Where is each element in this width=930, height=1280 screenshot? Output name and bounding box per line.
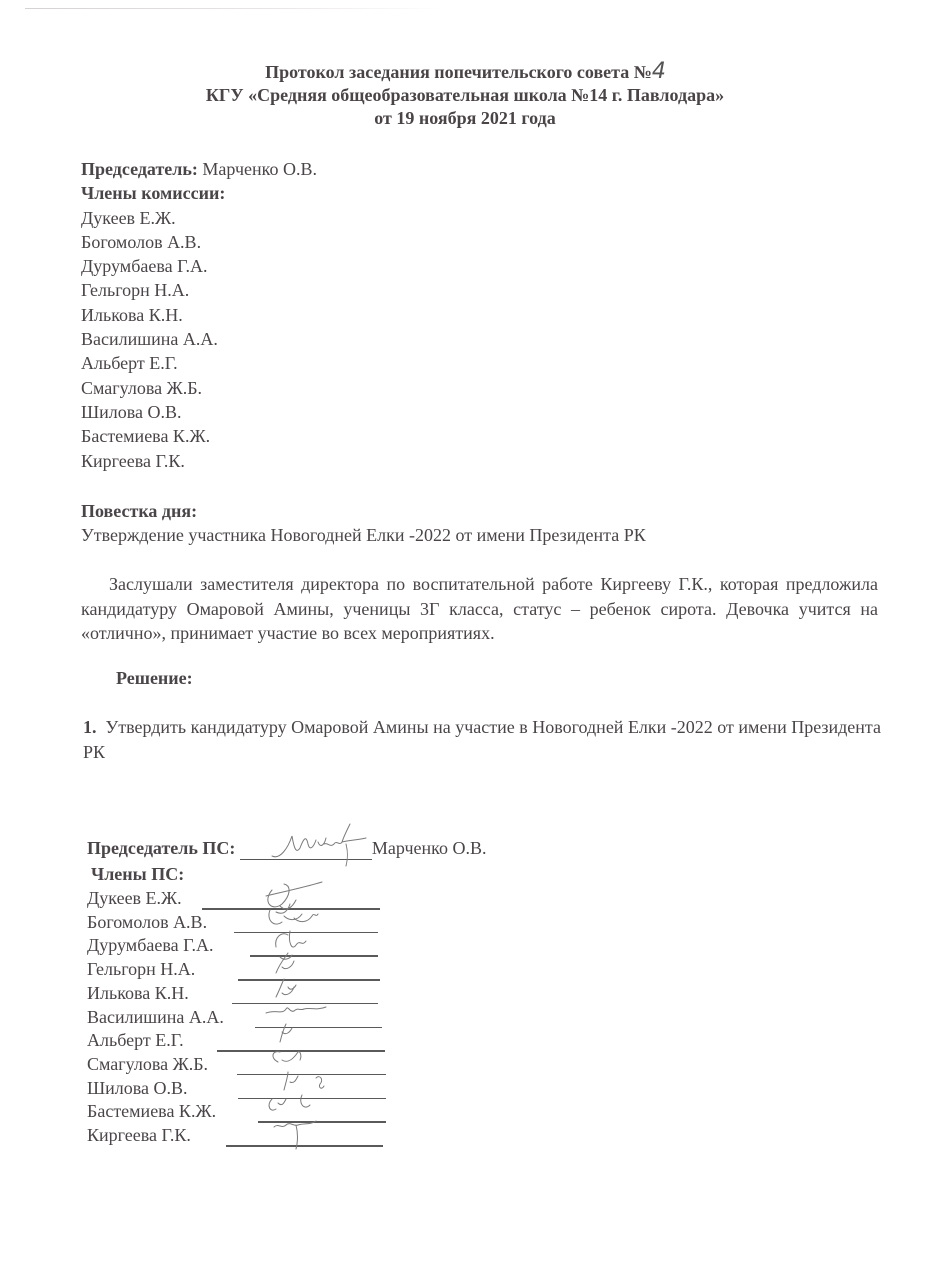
member-name: Киргеева Г.К. — [81, 449, 317, 473]
signature-row: Богомолов А.В. — [87, 912, 207, 936]
signature-blank — [234, 932, 378, 934]
meeting-date: от 19 ноября 2021 года — [0, 107, 930, 130]
signature-row: Альберт Е.Г. — [87, 1030, 184, 1054]
signature-member-name: Дурумбаева Г.А. — [87, 935, 213, 956]
signature-blank — [258, 1121, 386, 1123]
heard-paragraph: Заслушали заместителя директора по воспи… — [81, 572, 878, 646]
signature-member-name: Смагулова Ж.Б. — [87, 1054, 208, 1075]
document-header: Протокол заседания попечительского совет… — [0, 60, 930, 130]
signature-member-name: Шилова О.В. — [87, 1078, 188, 1099]
signature-blank — [226, 1145, 383, 1147]
signature-blank — [238, 979, 380, 981]
chair-label: Председатель: — [81, 159, 198, 179]
signature-row: Смагулова Ж.Б. — [87, 1054, 208, 1078]
signature-blank — [202, 908, 380, 910]
member-name: Богомолов А.В. — [81, 230, 317, 254]
agenda-section: Повестка дня: Утверждение участника Ново… — [81, 499, 646, 548]
handwritten-signature-icon — [266, 1001, 336, 1035]
school-name: КГУ «Средняя общеобразовательная школа №… — [0, 84, 930, 107]
signature-member-name: Бастемиева К.Ж. — [87, 1101, 216, 1122]
signature-row: Бастемиева К.Ж. — [87, 1101, 216, 1125]
signature-members-label: Члены ПС: — [91, 864, 184, 885]
handwritten-signature-icon — [264, 977, 334, 1011]
member-name: Смагулова Ж.Б. — [81, 376, 317, 400]
signature-blank — [232, 1003, 378, 1005]
member-name: Бастемиева К.Ж. — [81, 424, 317, 448]
decision-label: Решение: — [116, 668, 193, 689]
handwritten-signature-icon — [264, 1119, 334, 1153]
handwritten-signature-icon — [264, 1048, 334, 1082]
signature-row: Шилова О.В. — [87, 1078, 188, 1102]
handwritten-signature-icon — [262, 953, 332, 987]
decision-item: 1. Утвердить кандидатуру Омаровой Амины … — [83, 715, 883, 765]
member-name: Шилова О.В. — [81, 400, 317, 424]
signature-member-name: Богомолов А.В. — [87, 912, 207, 933]
chair-signature-line: Председатель ПС: Марченко О.В. — [87, 838, 486, 860]
member-name: Альберт Е.Г. — [81, 351, 317, 375]
scan-edge-line — [25, 8, 445, 9]
signature-member-name: Василишина А.А. — [87, 1007, 224, 1028]
member-name: Гельгорн Н.А. — [81, 278, 317, 302]
handwritten-signature-icon — [266, 929, 336, 963]
agenda-label: Повестка дня: — [81, 499, 646, 523]
signature-blank — [238, 1098, 386, 1100]
signature-row: Дукеев Е.Ж. — [87, 888, 182, 912]
signature-row: Киргеева Г.К. — [87, 1125, 191, 1149]
decision-item-number: 1. — [83, 717, 97, 737]
handwritten-signature-icon — [262, 1024, 332, 1058]
signature-member-name: Дукеев Е.Ж. — [87, 888, 182, 909]
protocol-title: Протокол заседания попечительского совет… — [265, 62, 652, 82]
signature-row: Василишина А.А. — [87, 1007, 224, 1031]
attendees-section: Председатель: Марченко О.В. Члены комисс… — [81, 157, 317, 473]
members-list: Дукеев Е.Ж.Богомолов А.В.Дурумбаева Г.А.… — [81, 206, 317, 473]
signature-blank — [217, 1050, 385, 1052]
chair-name: Марченко О.В. — [202, 159, 317, 179]
members-label: Члены комиссии: — [81, 181, 317, 205]
member-name: Дурумбаева Г.А. — [81, 254, 317, 278]
header-title-line: Протокол заседания попечительского совет… — [0, 60, 930, 84]
signature-blank — [240, 838, 372, 860]
signature-blank — [237, 1074, 386, 1076]
member-name: Василишина А.А. — [81, 327, 317, 351]
chair-signature-label: Председатель ПС: — [87, 838, 235, 858]
signature-member-name: Альберт Е.Г. — [87, 1030, 184, 1051]
signature-row: Гельгорн Н.А. — [87, 959, 195, 983]
signature-row: Илькова К.Н. — [87, 983, 189, 1007]
protocol-number-handwritten: 4 — [652, 59, 665, 84]
signature-blank — [255, 1027, 382, 1029]
agenda-item: Утверждение участника Новогодней Елки -2… — [81, 523, 646, 547]
handwritten-signature-icon — [262, 882, 332, 916]
signature-blank — [250, 955, 378, 957]
signature-row: Дурумбаева Г.А. — [87, 935, 213, 959]
handwritten-signature-icon — [266, 1072, 336, 1106]
signature-member-name: Илькова К.Н. — [87, 983, 189, 1004]
handwritten-signature-icon — [262, 1095, 332, 1129]
handwritten-signature-icon — [264, 906, 334, 940]
chair-line: Председатель: Марченко О.В. — [81, 157, 317, 181]
member-name: Дукеев Е.Ж. — [81, 206, 317, 230]
decision-item-text: Утвердить кандидатуру Омаровой Амины на … — [83, 717, 881, 762]
member-name: Илькова К.Н. — [81, 303, 317, 327]
signature-member-name: Гельгорн Н.А. — [87, 959, 195, 980]
signature-member-name: Киргеева Г.К. — [87, 1125, 191, 1146]
chair-signature-name: Марченко О.В. — [372, 838, 487, 858]
